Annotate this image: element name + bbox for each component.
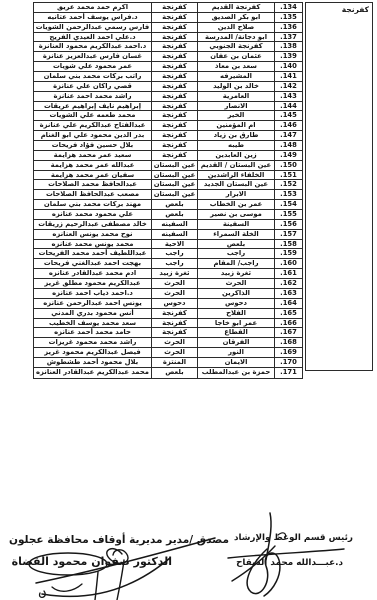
row-number-cell: 154. [274, 200, 302, 210]
mosque-imam-table: 134.كفرنجة القديمكفرنجةاكرم حمد محمد عري… [33, 2, 303, 379]
town-cell: كفرنجة [151, 82, 197, 92]
town-cell: كفرنجة [151, 23, 197, 33]
imam-name-cell: بلال محمود أحمد طشطوش [34, 358, 151, 368]
town-cell: كفرنجة [151, 72, 197, 82]
mosque-name-cell: كفرنجة الجنوبي [197, 42, 274, 52]
imam-name-cell: فارس رسمي عبدالرحمن الشويات [34, 23, 151, 33]
town-cell: راجب [151, 259, 197, 269]
mosque-name-cell: الذاكرين [197, 289, 274, 299]
imam-name-cell: سعد محمد يوسف الخطيب [34, 319, 151, 329]
row-number-cell: 141. [274, 72, 302, 82]
district-column: كفرنجة [305, 2, 373, 371]
row-number-cell: 164. [274, 299, 302, 309]
mosque-name-cell: الايمان [197, 358, 274, 368]
town-cell: كفرنجة [151, 102, 197, 112]
town-cell: كفرنجة [151, 42, 197, 52]
town-cell: دحوس [151, 299, 197, 309]
mosque-name-cell: الانصار [197, 102, 274, 112]
imam-name-cell: فيصل عبدالكريم محمود غريز [34, 348, 151, 358]
imam-name-cell: مهند بركات محمد بني سلمان [34, 200, 151, 210]
town-cell: الحرث [151, 338, 197, 348]
town-cell: السفينه [151, 230, 197, 240]
mosque-name-cell: الفرقان [197, 338, 274, 348]
town-cell: كفرنجة [151, 319, 197, 329]
row-number-cell: 151. [274, 171, 302, 181]
row-number-cell: 166. [274, 319, 302, 329]
row-number-cell: 144. [274, 102, 302, 112]
row-number-cell: 147. [274, 131, 302, 141]
town-cell: كفرنجة [151, 13, 197, 23]
mosque-name-cell: الفلاح [197, 309, 274, 319]
mosque-name-cell: كفرنجة القديم [197, 3, 274, 13]
row-number-cell: 161. [274, 269, 302, 279]
imam-name-cell: حامد محمد أحمد عنانزه [34, 328, 151, 338]
row-number-cell: 155. [274, 210, 302, 220]
imam-name-cell: د.احمد ذياب احمد عنانزه [34, 289, 151, 299]
imam-name-cell: عبدالكريم محمود مطلق غريز [34, 279, 151, 289]
row-number-cell: 160. [274, 259, 302, 269]
row-number-cell: 167. [274, 328, 302, 338]
mosque-name-cell: السفينة [197, 220, 274, 230]
imam-name-cell: قصي راكان علي عنانزة [34, 82, 151, 92]
imam-name-cell: محمد عبدالكريم عبدالقادر العنانزه [34, 368, 151, 378]
row-number-cell: 149. [274, 151, 302, 161]
imam-name-cell: مصعب عبدالحافظ الصلاحات [34, 190, 151, 200]
imam-name-cell: ادم محمد عبدالقادر عنانزه [34, 269, 151, 279]
row-number-cell: 159. [274, 249, 302, 259]
town-cell: السفينه [151, 220, 197, 230]
row-number-cell: 146. [274, 121, 302, 131]
town-cell: بلعص [151, 368, 197, 378]
town-cell: كفرنجة [151, 52, 197, 62]
row-number-cell: 143. [274, 92, 302, 102]
row-number-cell: 142. [274, 82, 302, 92]
mosque-name-cell: عمر بن الخطاب [197, 200, 274, 210]
town-cell: الاحية [151, 240, 197, 250]
mosque-name-cell: حمزة بن عبدالمطلب [197, 368, 274, 378]
row-number-cell: 138. [274, 42, 302, 52]
imam-name-cell: راتب بركات محمد بني سلمان [34, 72, 151, 82]
imam-name-cell: بدر الدين محمود علي ابو الغنام [34, 131, 151, 141]
town-cell: عين البستان [151, 190, 197, 200]
mosque-name-cell: ابو بكر الصديق [197, 13, 274, 23]
row-number-cell: 137. [274, 33, 302, 43]
town-cell: كفرنجة [151, 111, 197, 121]
signature-left [18, 528, 233, 600]
mosque-name-cell: الخلفاء الراشدين [197, 171, 274, 181]
mosque-name-cell: طيبه [197, 141, 274, 151]
row-number-cell: 139. [274, 52, 302, 62]
mosque-name-cell: سعد بن معاذ [197, 62, 274, 72]
mosque-name-cell: الخلة السمراء [197, 230, 274, 240]
mosque-name-cell: دحوس [197, 299, 274, 309]
row-number-cell: 170. [274, 358, 302, 368]
row-number-cell: 136. [274, 23, 302, 33]
imam-name-cell: عبدالحافظ محمد الصلاحات [34, 180, 151, 190]
row-number-cell: 156. [274, 220, 302, 230]
imam-name-cell: أنس محمود بدري المدني [34, 309, 151, 319]
mosque-name-cell: الابرار [197, 190, 274, 200]
mosque-name-cell: عمر ابو خاجا [197, 319, 274, 329]
mosque-name-cell: عين البستان / القديم [197, 161, 274, 171]
mosque-name-cell: المشيرفه [197, 72, 274, 82]
mosque-name-cell: ثغرة زبيد [197, 269, 274, 279]
imam-name-cell: محمد يونس محمد عنانزه [34, 240, 151, 250]
imam-name-cell: بهجت احمد عبدالغني فريحات [34, 259, 151, 269]
imam-name-cell: إبراهيم نايف إبراهيم عريقات [34, 102, 151, 112]
district-label: كفرنجة [306, 3, 372, 14]
town-cell: عين البستان [151, 171, 197, 181]
town-cell: الحرث [151, 289, 197, 299]
town-cell: كفرنجة [151, 62, 197, 72]
row-number-cell: 157. [274, 230, 302, 240]
town-cell: كفرنجة [151, 121, 197, 131]
mosque-name-cell: النور [197, 348, 274, 358]
town-cell: عين البستان [151, 180, 197, 190]
imam-name-cell: غسان فارس عبدالعزيز عنانزة [34, 52, 151, 62]
imam-name-cell: علي محمود محمد عنانزه [34, 210, 151, 220]
row-number-cell: 152. [274, 180, 302, 190]
mosque-name-cell: العامرية [197, 92, 274, 102]
mosque-name-cell: الخير [197, 111, 274, 121]
scanned-document-page: كفرنجة 134.كفرنجة القديمكفرنجةاكرم حمد م… [0, 0, 377, 600]
row-number-cell: 171. [274, 368, 302, 378]
town-cell: بلعص [151, 200, 197, 210]
mosque-name-cell: عين البستان الجديد [197, 180, 274, 190]
imam-name-cell: عبدالفتاح عبدالكريم علي عنانزة [34, 121, 151, 131]
imam-name-cell: عبداللطيف أحمد محمد الفريحات [34, 249, 151, 259]
row-number-cell: 169. [274, 348, 302, 358]
row-number-cell: 165. [274, 309, 302, 319]
mosque-name-cell: بلعص [197, 240, 274, 250]
imam-name-cell: عمر محمود علي شويات [34, 62, 151, 72]
row-number-cell: 148. [274, 141, 302, 151]
town-cell: الحرث [151, 279, 197, 289]
town-cell: كفرنجة [151, 309, 197, 319]
town-cell: راجب [151, 249, 197, 259]
imam-name-cell: د.علي احمد العيدي الفريح [34, 33, 151, 43]
row-number-cell: 163. [274, 289, 302, 299]
mosque-name-cell: طارق بن زياد [197, 131, 274, 141]
row-number-cell: 145. [274, 111, 302, 121]
town-cell: كفرنجة [151, 33, 197, 43]
town-cell: كفرنجة [151, 131, 197, 141]
mosque-name-cell: خالد بن الوليد [197, 82, 274, 92]
signature-right [222, 505, 377, 600]
imam-name-cell: محمد طعمه علي الشويات [34, 111, 151, 121]
mosque-name-cell: ام المؤمنين [197, 121, 274, 131]
town-cell: كفرنجة [151, 3, 197, 13]
row-number-cell: 153. [274, 190, 302, 200]
imam-name-cell: د.احمد عبدالكريم محمود العنانزة [34, 42, 151, 52]
row-number-cell: 134. [274, 3, 302, 13]
row-number-cell: 150. [274, 161, 302, 171]
imam-name-cell: راشد محمد محمود غريزات [34, 338, 151, 348]
mosque-name-cell: زين العابدين [197, 151, 274, 161]
row-number-cell: 140. [274, 62, 302, 72]
imam-name-cell: اكرم حمد محمد عريق [34, 3, 151, 13]
row-number-cell: 135. [274, 13, 302, 23]
mosque-name-cell: ابو دجانة/ المدرسة [197, 33, 274, 43]
town-cell: المنتزة [151, 358, 197, 368]
town-cell: كفرنجة [151, 141, 197, 151]
town-cell: كفرنجة [151, 151, 197, 161]
imam-name-cell: سعيد عمر محمد هزايمة [34, 151, 151, 161]
imam-name-cell: راشد محمد احمد عنانزة [34, 92, 151, 102]
imam-name-cell: يونس احمد عبدالرحمن عنانزه [34, 299, 151, 309]
mosque-name-cell: راجب [197, 249, 274, 259]
imam-name-cell: سفيان عمر محمد هزايمة [34, 171, 151, 181]
row-number-cell: 158. [274, 240, 302, 250]
row-number-cell: 168. [274, 338, 302, 348]
town-cell: كفرنجة [151, 92, 197, 102]
mosque-name-cell: صلاح الدين [197, 23, 274, 33]
town-cell: بلعص [151, 210, 197, 220]
town-cell: الحرث [151, 348, 197, 358]
mosque-name-cell: راجب/ المقام [197, 259, 274, 269]
imam-name-cell: خالد مصطفى عبدالرحيم زريقات [34, 220, 151, 230]
row-number-cell: 162. [274, 279, 302, 289]
mosque-name-cell: الحرث [197, 279, 274, 289]
imam-name-cell: عبدالله عمر محمد هزايمة [34, 161, 151, 171]
town-cell: كفرنجة [151, 328, 197, 338]
town-cell: ثغرة زبيد [151, 269, 197, 279]
mosque-name-cell: عثمان بن عفان [197, 52, 274, 62]
imam-name-cell: بلال حسين فؤاد فريحات [34, 141, 151, 151]
imam-name-cell: د.فراس يوسف أحمد عتانيه [34, 13, 151, 23]
mosque-name-cell: موسى بن نصير [197, 210, 274, 220]
mosque-name-cell: القطاع [197, 328, 274, 338]
town-cell: عين البستان [151, 161, 197, 171]
imam-name-cell: نوح محمد يونس العنانزه [34, 230, 151, 240]
